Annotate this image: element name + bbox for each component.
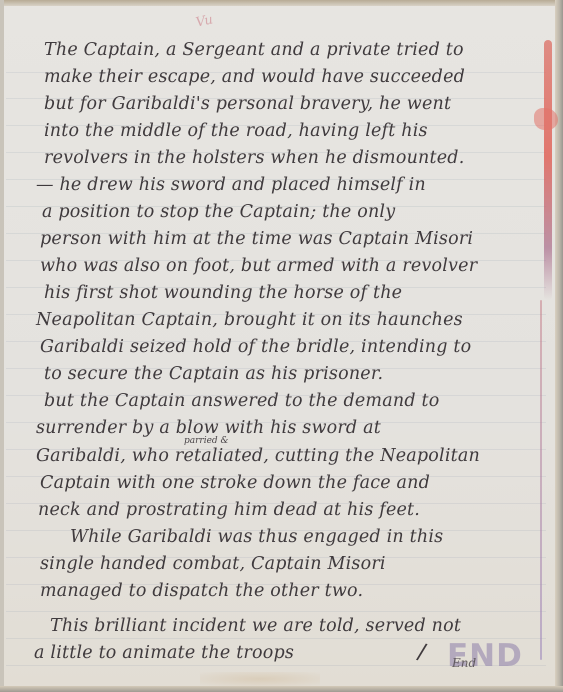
text-insertion: parried & xyxy=(184,436,229,446)
closing-mark: / xyxy=(415,639,428,665)
page-bottom-edge xyxy=(0,686,563,692)
text-line: Garibaldi, who retaliated, cutting the N… xyxy=(36,446,480,466)
text-line: neck and prostrating him dead at his fee… xyxy=(38,500,420,520)
text-line: a little to animate the troops xyxy=(34,643,294,663)
page-left-edge xyxy=(0,0,4,692)
text-line: but for Garibaldi's personal bravery, he… xyxy=(44,94,451,114)
text-line: his first shot wounding the horse of the xyxy=(44,283,402,303)
page-top-edge xyxy=(0,0,563,6)
text-line: person with him at the time was Captain … xyxy=(40,229,473,249)
text-line: — he drew his sword and placed himself i… xyxy=(36,175,426,195)
text-line: While Garibaldi was thus engaged in this xyxy=(70,527,443,547)
red-ink-blot xyxy=(534,108,558,130)
text-line: surrender by a blow with his sword at xyxy=(36,418,381,438)
text-line: into the middle of the road, having left… xyxy=(44,121,428,141)
text-line: a position to stop the Captain; the only xyxy=(42,202,395,222)
text-line: single handed combat, Captain Misori xyxy=(40,554,386,574)
text-line: to secure the Captain as his prisoner. xyxy=(44,364,383,384)
text-line: but the Captain answered to the demand t… xyxy=(44,391,439,411)
ruled-line xyxy=(6,611,546,612)
text-line: Garibaldi seized hold of the bridle, int… xyxy=(40,337,471,357)
margin-ink-line xyxy=(540,300,542,660)
text-line: The Captain, a Sergeant and a private tr… xyxy=(44,40,464,60)
text-line: This brilliant incident we are told, ser… xyxy=(50,616,461,636)
manuscript-page: Vu The Captain, a Sergeant and a private… xyxy=(0,0,563,692)
text-line: who was also on foot, but armed with a r… xyxy=(40,256,477,276)
page-right-edge xyxy=(555,0,563,692)
text-line: revolvers in the holsters when he dismou… xyxy=(44,148,464,168)
text-line: managed to dispatch the other two. xyxy=(40,581,363,601)
text-line: Captain with one stroke down the face an… xyxy=(40,473,430,493)
red-ink-stain xyxy=(544,40,552,300)
text-line: Neapolitan Captain, brought it on its ha… xyxy=(36,310,463,330)
pencil-annotation: Vu xyxy=(195,12,215,30)
paper-stain xyxy=(200,672,320,686)
text-line: make their escape, and would have succee… xyxy=(44,67,465,87)
end-pencil-note: End xyxy=(452,656,476,670)
